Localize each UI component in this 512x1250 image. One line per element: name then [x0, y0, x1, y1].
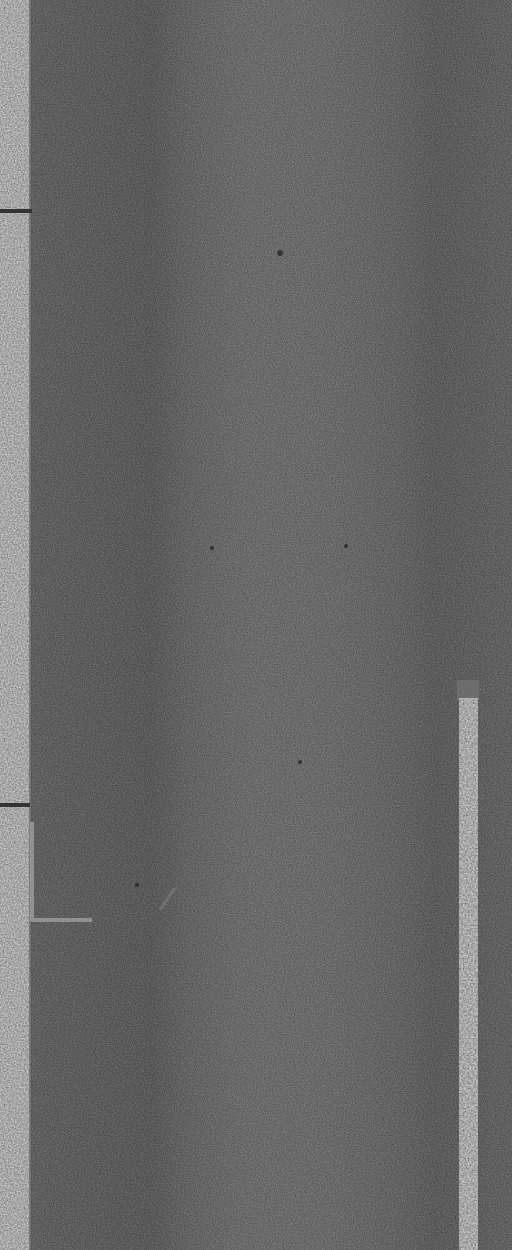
curb [0, 0, 32, 1250]
road-image [0, 0, 512, 1250]
curb-joint [0, 803, 30, 807]
road-scene [0, 0, 512, 1250]
curb-joint [0, 209, 32, 213]
lane-marking [457, 680, 479, 1250]
asphalt-surface [0, 0, 512, 1250]
